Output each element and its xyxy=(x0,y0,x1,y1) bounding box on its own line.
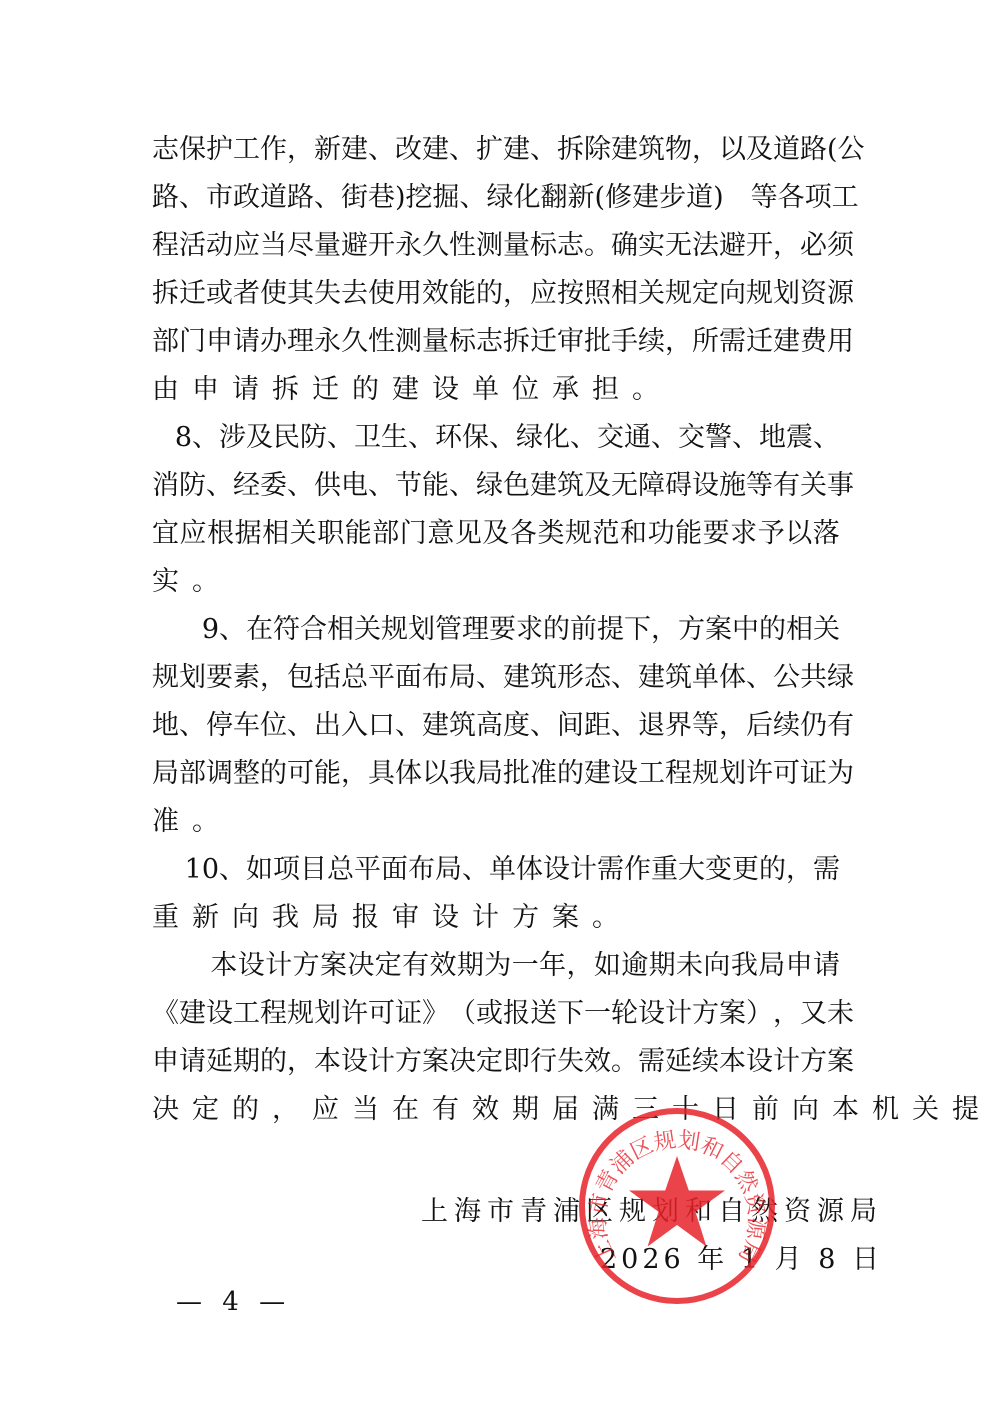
body-text-line: 局部调整的可能，具体以我局批准的建设工程规划许可证为 xyxy=(152,754,840,794)
body-text-line: 准。 xyxy=(152,802,840,842)
body-text-line: 8、涉及民防、卫生、环保、绿化、交通、交警、地震、 xyxy=(152,418,840,458)
body-text-line: 部门申请办理永久性测量标志拆迁审批手续，所需迁建费用 xyxy=(152,322,840,362)
issue-date: 2026 年 1 月 8 日 xyxy=(600,1240,883,1280)
body-text-line: 本设计方案决定有效期为一年，如逾期未向我局申请 xyxy=(152,946,840,986)
body-text-line: 规划要素，包括总平面布局、建筑形态、建筑单体、公共绿 xyxy=(152,658,840,698)
body-text-line: 10、如项目总平面布局、单体设计需作重大变更的，需 xyxy=(152,850,840,890)
body-text-line: 重新向我局报审设计方案。 xyxy=(152,898,840,938)
body-text-line: 志保护工作，新建、改建、扩建、拆除建筑物，以及道路(公 xyxy=(152,130,840,170)
document-page: 志保护工作，新建、改建、扩建、拆除建筑物，以及道路(公路、市政道路、街巷)挖掘、… xyxy=(0,0,992,1403)
body-text-line: 消防、经委、供电、节能、绿色建筑及无障碍设施等有关事 xyxy=(152,466,840,506)
body-text-line: 《建设工程规划许可证》（或报送下一轮设计方案），又未 xyxy=(152,994,840,1034)
body-text-line: 申请延期的，本设计方案决定即行失效。需延续本设计方案 xyxy=(152,1042,840,1082)
body-text-line: 地、停车位、出入口、建筑高度、间距、退界等，后续仍有 xyxy=(152,706,840,746)
body-text-line: 路、市政道路、街巷)挖掘、绿化翻新(修建步道) 等各项工 xyxy=(152,178,840,218)
body-text-line: 由申请拆迁的建设单位承担。 xyxy=(152,370,840,410)
body-text-line: 程活动应当尽量避开永久性测量标志。确实无法避开，必须 xyxy=(152,226,840,266)
body-text-line: 9、在符合相关规划管理要求的前提下，方案中的相关 xyxy=(152,610,840,650)
body-text-line: 实。 xyxy=(152,562,840,602)
body-text-line: 拆迁或者使其失去使用效能的，应按照相关规定向规划资源 xyxy=(152,274,840,314)
issuer-signature: 上海市青浦区规划和自然资源局 xyxy=(421,1192,883,1232)
page-number: — 4 — xyxy=(176,1282,291,1322)
body-text-line: 决定的，应当在有效期届满三十日前向本机关提出申请。 xyxy=(152,1090,840,1130)
body-text-line: 宜应根据相关职能部门意见及各类规范和功能要求予以落 xyxy=(152,514,840,554)
